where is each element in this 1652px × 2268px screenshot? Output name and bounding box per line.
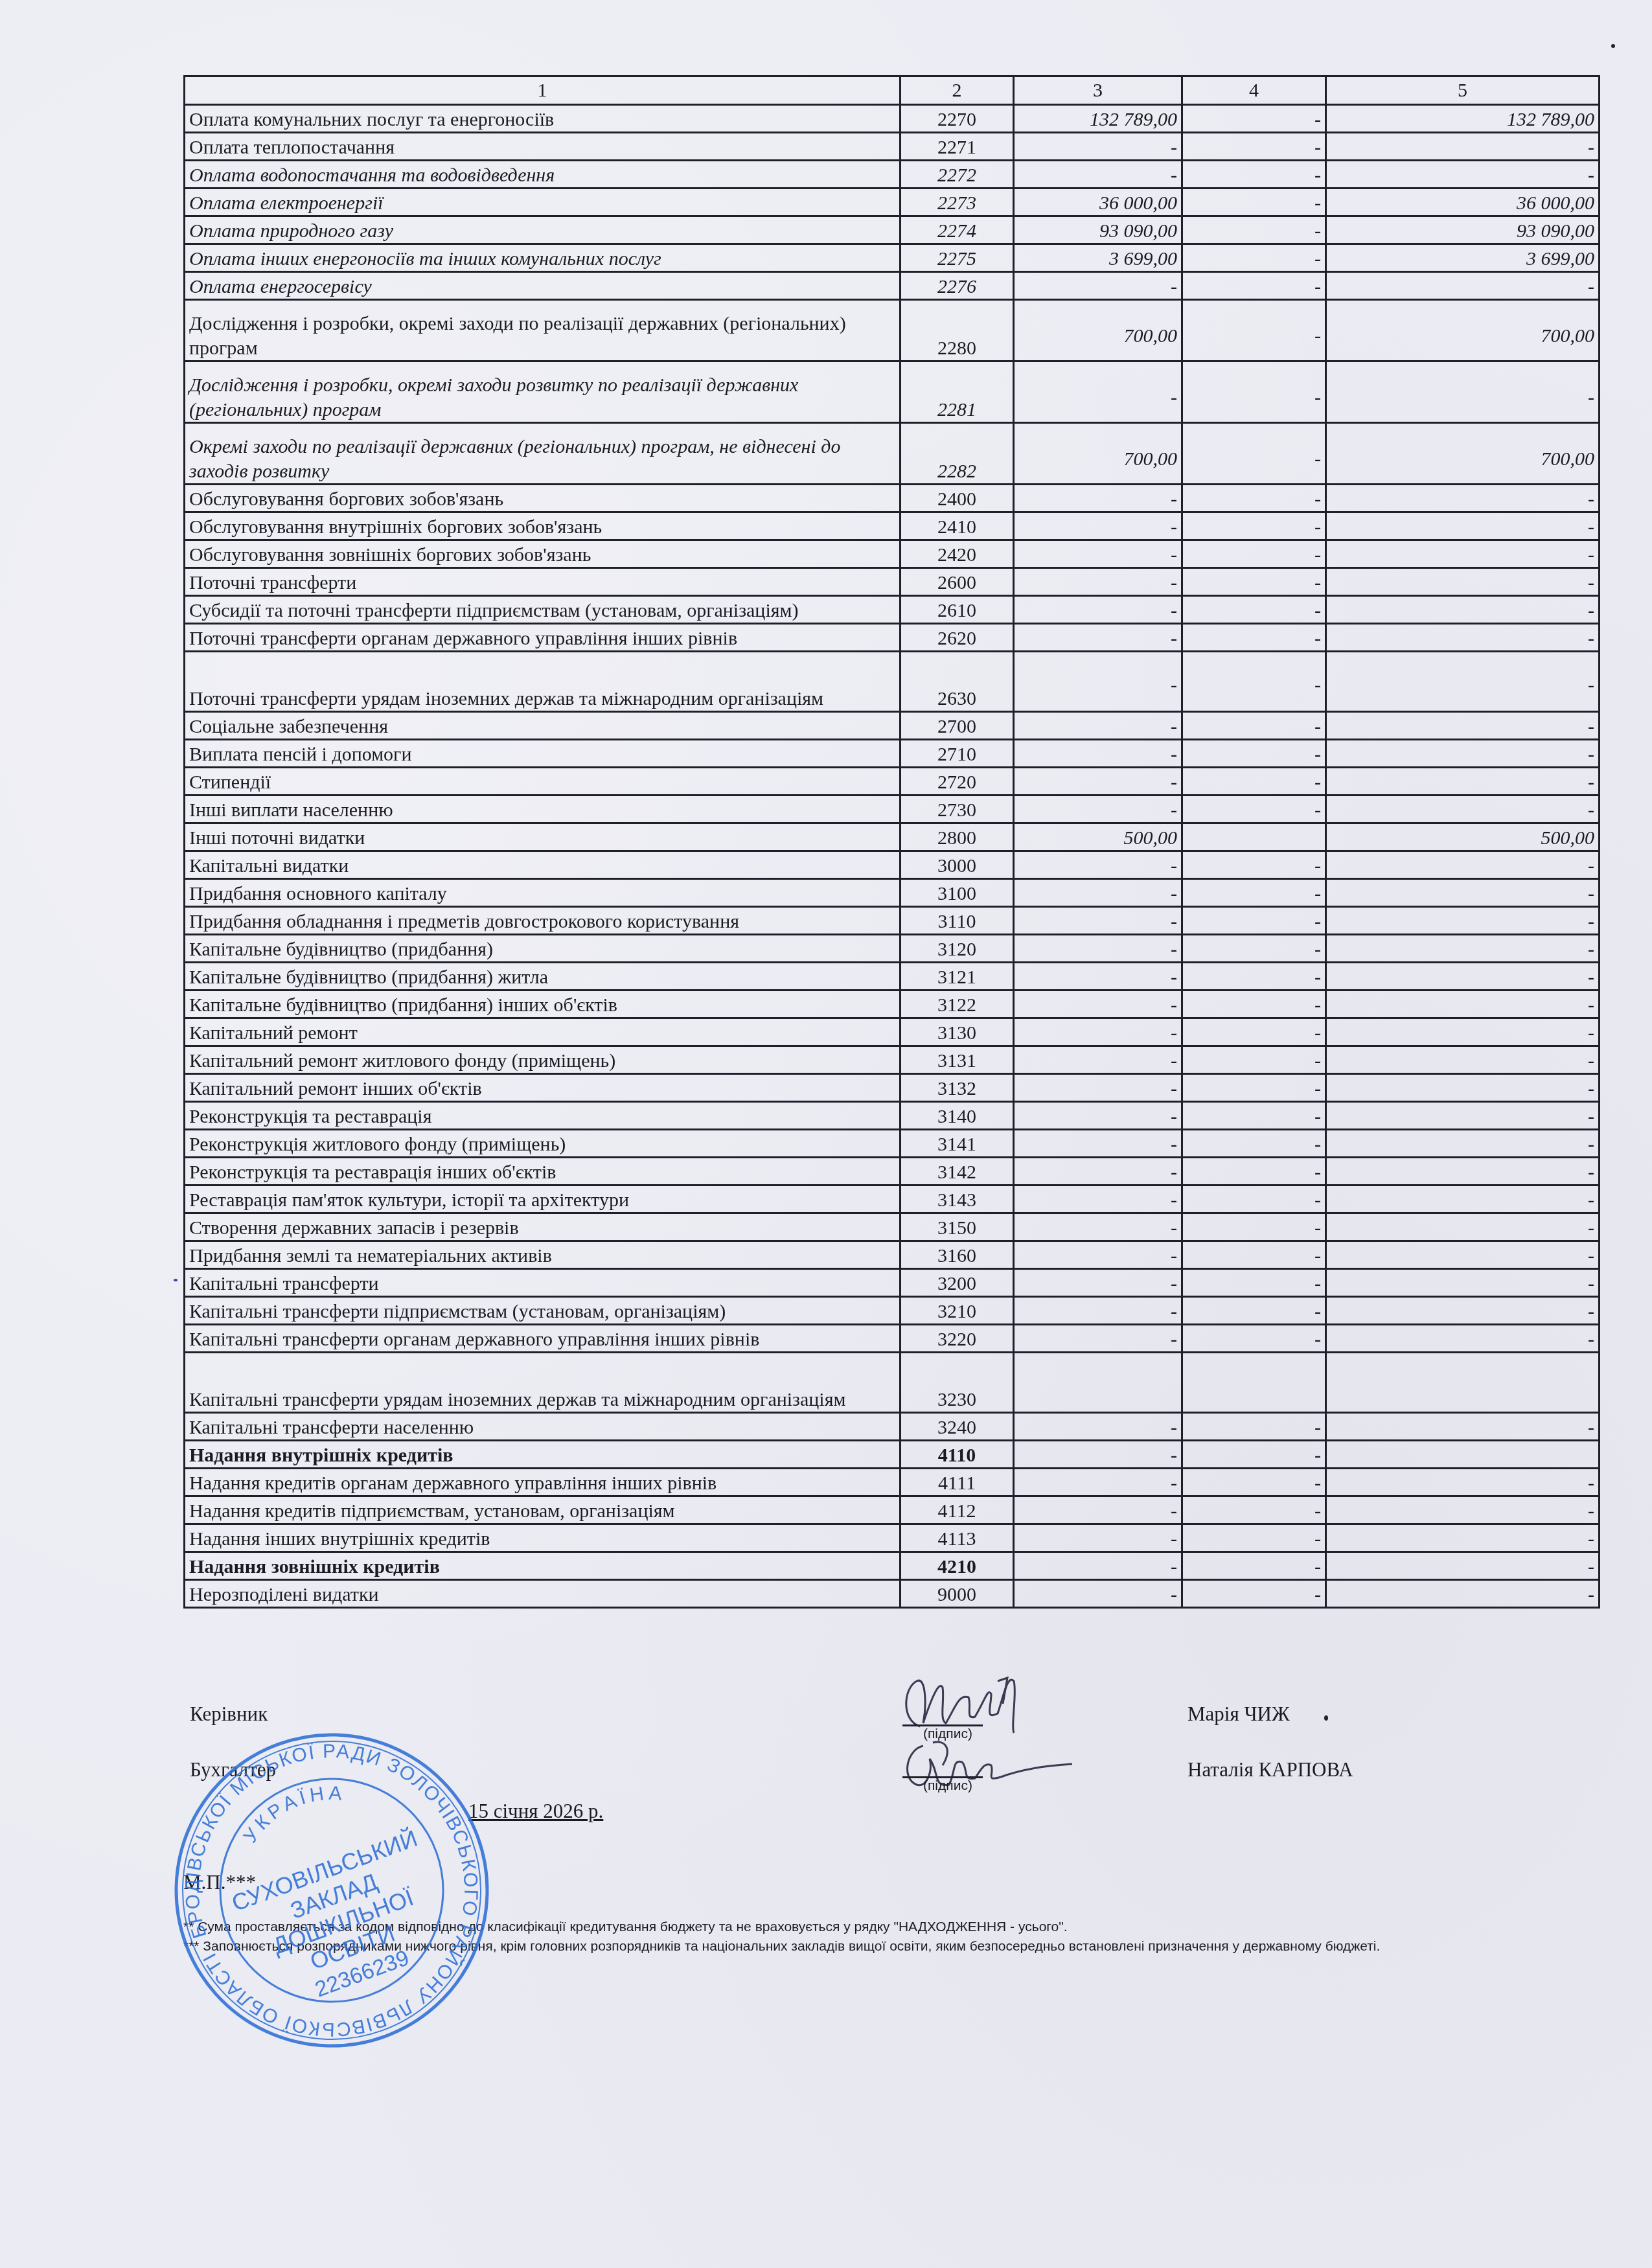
- row-total-amount: -: [1326, 1552, 1600, 1580]
- row-approved-amount: -: [1014, 796, 1182, 823]
- row-total-amount: -: [1326, 1580, 1600, 1608]
- row-code: 2600: [901, 568, 1014, 596]
- scan-speck: [174, 1279, 178, 1281]
- row-approved-amount: -: [1014, 361, 1182, 423]
- row-code: 2630: [901, 652, 1014, 712]
- row-change-amount: -: [1182, 568, 1326, 596]
- row-code: 2274: [901, 216, 1014, 244]
- row-total-amount: -: [1326, 935, 1600, 963]
- row-change-amount: -: [1182, 161, 1326, 189]
- row-name: Придбання основного капіталу: [185, 879, 901, 907]
- row-change-amount: -: [1182, 1552, 1326, 1580]
- table-row: Капітальні видатки3000---: [185, 851, 1600, 879]
- row-code: 3121: [901, 963, 1014, 991]
- row-code: 3230: [901, 1353, 1014, 1413]
- row-total-amount: -: [1326, 851, 1600, 879]
- row-name: Соціальне забезпечення: [185, 712, 901, 740]
- row-name: Надання інших внутрішніх кредитів: [185, 1524, 901, 1552]
- row-code: 3000: [901, 851, 1014, 879]
- row-total-amount: -: [1326, 796, 1600, 823]
- table-row: Субсидії та поточні трансферти підприємс…: [185, 596, 1600, 624]
- row-approved-amount: -: [1014, 624, 1182, 652]
- table-row: Капітальний ремонт інших об'єктів3132---: [185, 1074, 1600, 1102]
- column-header: 4: [1182, 76, 1326, 105]
- table-row: Стипендії2720---: [185, 768, 1600, 796]
- accountant-name: Наталія КАРПОВА: [1187, 1758, 1353, 1781]
- table-row: Реставрація пам'яток культури, історії т…: [185, 1186, 1600, 1213]
- row-approved-amount: 500,00: [1014, 823, 1182, 851]
- row-change-amount: -: [1182, 1269, 1326, 1297]
- row-change-amount: -: [1182, 1580, 1326, 1608]
- table-row: Оплата теплопостачання2271---: [185, 133, 1600, 161]
- row-total-amount: -: [1326, 652, 1600, 712]
- row-code: 4210: [901, 1552, 1014, 1580]
- row-code: 3210: [901, 1297, 1014, 1325]
- row-code: 3150: [901, 1213, 1014, 1241]
- row-approved-amount: 700,00: [1014, 423, 1182, 485]
- table-row: Поточні трансферти органам державного уп…: [185, 624, 1600, 652]
- row-name: Дослідження і розробки, окремі заходи по…: [185, 300, 901, 361]
- scan-speck: [1324, 1715, 1328, 1721]
- table-row: Капітальне будівництво (придбання) житла…: [185, 963, 1600, 991]
- table-row: Придбання основного капіталу3100---: [185, 879, 1600, 907]
- scan-speck: [1611, 44, 1615, 48]
- row-name: Обслуговування зовнішніх боргових зобов'…: [185, 540, 901, 568]
- table-row: Обслуговування зовнішніх боргових зобов'…: [185, 540, 1600, 568]
- table-row: Оплата природного газу227493 090,00-93 0…: [185, 216, 1600, 244]
- row-name: Реконструкція житлового фонду (приміщень…: [185, 1130, 901, 1158]
- row-name: Придбання обладнання і предметів довгост…: [185, 907, 901, 935]
- row-name: Обслуговування внутрішніх боргових зобов…: [185, 512, 901, 540]
- row-name: Капітальне будівництво (придбання): [185, 935, 901, 963]
- row-change-amount: -: [1182, 1102, 1326, 1130]
- row-code: 2270: [901, 105, 1014, 133]
- row-change-amount: -: [1182, 796, 1326, 823]
- row-name: Капітальний ремонт: [185, 1018, 901, 1046]
- row-name: Оплата комунальних послуг та енергоносії…: [185, 105, 901, 133]
- table-row: Дослідження і розробки, окремі заходи ро…: [185, 361, 1600, 423]
- row-change-amount: [1182, 1353, 1326, 1413]
- table-row: Окремі заходи по реалізації державних (р…: [185, 423, 1600, 485]
- row-change-amount: -: [1182, 1074, 1326, 1102]
- row-name: Оплата водопостачання та водовідведення: [185, 161, 901, 189]
- row-change-amount: -: [1182, 300, 1326, 361]
- row-name: Надання внутрішніх кредитів: [185, 1441, 901, 1469]
- row-code: 4111: [901, 1469, 1014, 1496]
- row-approved-amount: -: [1014, 963, 1182, 991]
- table-row: Надання зовнішніх кредитів4210---: [185, 1552, 1600, 1580]
- row-approved-amount: -: [1014, 712, 1182, 740]
- table-row: Капітальні трансферти3200---: [185, 1269, 1600, 1297]
- row-name: Обслуговування боргових зобов'язань: [185, 485, 901, 512]
- row-approved-amount: -: [1014, 1074, 1182, 1102]
- row-approved-amount: -: [1014, 1469, 1182, 1496]
- expenditure-table: 1 2 3 4 5 Оплата комунальних послуг та е…: [183, 75, 1600, 1609]
- row-total-amount: -: [1326, 907, 1600, 935]
- row-approved-amount: -: [1014, 1158, 1182, 1186]
- row-total-amount: -: [1326, 1158, 1600, 1186]
- row-name: Субсидії та поточні трансферти підприємс…: [185, 596, 901, 624]
- row-change-amount: -: [1182, 1158, 1326, 1186]
- row-approved-amount: -: [1014, 1241, 1182, 1269]
- row-name: Капітальний ремонт інших об'єктів: [185, 1074, 901, 1102]
- row-code: 2280: [901, 300, 1014, 361]
- row-total-amount: 500,00: [1326, 823, 1600, 851]
- row-approved-amount: -: [1014, 768, 1182, 796]
- row-change-amount: -: [1182, 1018, 1326, 1046]
- row-approved-amount: -: [1014, 935, 1182, 963]
- row-name: Надання кредитів органам державного упра…: [185, 1469, 901, 1496]
- row-name: Капітальні трансферти підприємствам (уст…: [185, 1297, 901, 1325]
- row-code: 3143: [901, 1186, 1014, 1213]
- row-code: 2271: [901, 133, 1014, 161]
- row-change-amount: -: [1182, 189, 1326, 216]
- row-name: Інші виплати населенню: [185, 796, 901, 823]
- row-change-amount: -: [1182, 963, 1326, 991]
- row-change-amount: -: [1182, 423, 1326, 485]
- table-row: Інші виплати населенню2730---: [185, 796, 1600, 823]
- row-approved-amount: -: [1014, 1186, 1182, 1213]
- row-change-amount: -: [1182, 1441, 1326, 1469]
- row-total-amount: -: [1326, 712, 1600, 740]
- row-approved-amount: -: [1014, 596, 1182, 624]
- row-code: 4113: [901, 1524, 1014, 1552]
- table-row: Капітальне будівництво (придбання) інших…: [185, 991, 1600, 1018]
- row-total-amount: -: [1326, 1496, 1600, 1524]
- row-total-amount: -: [1326, 740, 1600, 768]
- row-total-amount: -: [1326, 1130, 1600, 1158]
- table-row: Оплата електроенергії227336 000,00-36 00…: [185, 189, 1600, 216]
- table-row: Обслуговування внутрішніх боргових зобов…: [185, 512, 1600, 540]
- row-name: Реконструкція та реставрація інших об'єк…: [185, 1158, 901, 1186]
- row-code: 2420: [901, 540, 1014, 568]
- table-row: Придбання обладнання і предметів довгост…: [185, 907, 1600, 935]
- row-total-amount: -: [1326, 485, 1600, 512]
- row-code: 2400: [901, 485, 1014, 512]
- row-total-amount: 700,00: [1326, 300, 1600, 361]
- table-row: Капітальне будівництво (придбання)3120--…: [185, 935, 1600, 963]
- row-approved-amount: -: [1014, 740, 1182, 768]
- row-change-amount: -: [1182, 1524, 1326, 1552]
- row-code: 3141: [901, 1130, 1014, 1158]
- head-signature: [894, 1668, 1062, 1739]
- row-code: 2276: [901, 272, 1014, 300]
- row-name: Оплата інших енергоносіїв та інших комун…: [185, 244, 901, 272]
- row-total-amount: -: [1326, 596, 1600, 624]
- row-change-amount: -: [1182, 652, 1326, 712]
- row-total-amount: -: [1326, 624, 1600, 652]
- row-change-amount: -: [1182, 272, 1326, 300]
- row-total-amount: 700,00: [1326, 423, 1600, 485]
- row-approved-amount: -: [1014, 1441, 1182, 1469]
- row-name: Реставрація пам'яток культури, історії т…: [185, 1186, 901, 1213]
- row-total-amount: -: [1326, 1325, 1600, 1353]
- row-approved-amount: -: [1014, 1413, 1182, 1441]
- row-change-amount: -: [1182, 512, 1326, 540]
- table-row: Обслуговування боргових зобов'язань2400-…: [185, 485, 1600, 512]
- row-approved-amount: -: [1014, 1552, 1182, 1580]
- row-total-amount: 132 789,00: [1326, 105, 1600, 133]
- row-total-amount: -: [1326, 1213, 1600, 1241]
- table-row: Поточні трансферти2600---: [185, 568, 1600, 596]
- head-label: Керівник: [190, 1702, 268, 1726]
- row-code: 9000: [901, 1580, 1014, 1608]
- row-code: 2275: [901, 244, 1014, 272]
- row-approved-amount: 700,00: [1014, 300, 1182, 361]
- row-total-amount: -: [1326, 1241, 1600, 1269]
- row-name: Стипендії: [185, 768, 901, 796]
- row-approved-amount: -: [1014, 1046, 1182, 1074]
- table-row: Поточні трансферти урядам іноземних держ…: [185, 652, 1600, 712]
- row-name: Оплата електроенергії: [185, 189, 901, 216]
- row-code: 3131: [901, 1046, 1014, 1074]
- row-change-amount: -: [1182, 1241, 1326, 1269]
- row-change-amount: -: [1182, 540, 1326, 568]
- row-change-amount: -: [1182, 740, 1326, 768]
- row-approved-amount: [1014, 1353, 1182, 1413]
- row-total-amount: -: [1326, 1018, 1600, 1046]
- row-total-amount: -: [1326, 272, 1600, 300]
- row-name: Окремі заходи по реалізації державних (р…: [185, 423, 901, 485]
- table-row: Дослідження і розробки, окремі заходи по…: [185, 300, 1600, 361]
- row-total-amount: -: [1326, 991, 1600, 1018]
- row-approved-amount: -: [1014, 512, 1182, 540]
- accountant-signature-caption: (підпис): [923, 1778, 972, 1794]
- table-row: Реконструкція та реставрація3140---: [185, 1102, 1600, 1130]
- row-code: 2281: [901, 361, 1014, 423]
- row-code: 2710: [901, 740, 1014, 768]
- row-code: 3132: [901, 1074, 1014, 1102]
- row-total-amount: 3 699,00: [1326, 244, 1600, 272]
- row-code: 2720: [901, 768, 1014, 796]
- row-change-amount: -: [1182, 935, 1326, 963]
- row-code: 2282: [901, 423, 1014, 485]
- table-body: Оплата комунальних послуг та енергоносії…: [185, 105, 1600, 1608]
- row-name: Поточні трансферти органам державного уп…: [185, 624, 901, 652]
- row-name: Капітальне будівництво (придбання) житла: [185, 963, 901, 991]
- row-approved-amount: 36 000,00: [1014, 189, 1182, 216]
- table-row: Виплата пенсій і допомоги2710---: [185, 740, 1600, 768]
- row-total-amount: -: [1326, 133, 1600, 161]
- row-total-amount: -: [1326, 768, 1600, 796]
- row-approved-amount: -: [1014, 879, 1182, 907]
- row-code: 3220: [901, 1325, 1014, 1353]
- row-code: 3100: [901, 879, 1014, 907]
- row-name: Поточні трансферти: [185, 568, 901, 596]
- row-total-amount: 36 000,00: [1326, 189, 1600, 216]
- row-approved-amount: -: [1014, 485, 1182, 512]
- row-change-amount: -: [1182, 879, 1326, 907]
- row-total-amount: -: [1326, 963, 1600, 991]
- row-change-amount: -: [1182, 768, 1326, 796]
- row-total-amount: -: [1326, 568, 1600, 596]
- row-change-amount: -: [1182, 361, 1326, 423]
- row-code: 3120: [901, 935, 1014, 963]
- row-code: 3130: [901, 1018, 1014, 1046]
- column-number-header: 1 2 3 4 5: [185, 76, 1600, 105]
- row-change-amount: -: [1182, 991, 1326, 1018]
- column-header: 3: [1014, 76, 1182, 105]
- row-change-amount: -: [1182, 907, 1326, 935]
- row-change-amount: -: [1182, 1186, 1326, 1213]
- row-total-amount: -: [1326, 1524, 1600, 1552]
- row-total-amount: [1326, 1441, 1600, 1469]
- row-total-amount: -: [1326, 161, 1600, 189]
- row-name: Виплата пенсій і допомоги: [185, 740, 901, 768]
- table-row: Капітальні трансферти підприємствам (уст…: [185, 1297, 1600, 1325]
- row-change-amount: -: [1182, 485, 1326, 512]
- row-name: Капітальні трансферти органам державного…: [185, 1325, 901, 1353]
- table-row: Соціальне забезпечення2700---: [185, 712, 1600, 740]
- row-approved-amount: -: [1014, 540, 1182, 568]
- table-row: Оплата водопостачання та водовідведення2…: [185, 161, 1600, 189]
- row-total-amount: -: [1326, 540, 1600, 568]
- table-row: Надання кредитів підприємствам, установа…: [185, 1496, 1600, 1524]
- row-approved-amount: -: [1014, 652, 1182, 712]
- head-name: Марія ЧИЖ: [1187, 1702, 1290, 1726]
- row-total-amount: 93 090,00: [1326, 216, 1600, 244]
- row-name: Капітальні видатки: [185, 851, 901, 879]
- row-code: 3142: [901, 1158, 1014, 1186]
- table-row: Капітальний ремонт3130---: [185, 1018, 1600, 1046]
- table-row: Капітальний ремонт житлового фонду (прим…: [185, 1046, 1600, 1074]
- row-code: 4110: [901, 1441, 1014, 1469]
- row-approved-amount: -: [1014, 1297, 1182, 1325]
- row-name: Дослідження і розробки, окремі заходи ро…: [185, 361, 901, 423]
- row-approved-amount: 132 789,00: [1014, 105, 1182, 133]
- row-total-amount: -: [1326, 512, 1600, 540]
- row-change-amount: -: [1182, 1325, 1326, 1353]
- table-row: Оплата енергосервісу2276---: [185, 272, 1600, 300]
- row-code: 3122: [901, 991, 1014, 1018]
- accountant-signature: [888, 1733, 1082, 1798]
- column-header: 1: [185, 76, 901, 105]
- row-code: 2620: [901, 624, 1014, 652]
- table-row: Реконструкція житлового фонду (приміщень…: [185, 1130, 1600, 1158]
- row-name: Капітальне будівництво (придбання) інших…: [185, 991, 901, 1018]
- row-code: 4112: [901, 1496, 1014, 1524]
- row-approved-amount: -: [1014, 1213, 1182, 1241]
- row-change-amount: -: [1182, 216, 1326, 244]
- table-row: Капітальні трансферти органам державного…: [185, 1325, 1600, 1353]
- row-code: 2273: [901, 189, 1014, 216]
- table-row: Створення державних запасів і резервів31…: [185, 1213, 1600, 1241]
- table-row: Нерозподілені видатки9000---: [185, 1580, 1600, 1608]
- row-change-amount: [1182, 823, 1326, 851]
- row-total-amount: -: [1326, 361, 1600, 423]
- row-change-amount: -: [1182, 133, 1326, 161]
- table-row: Надання інших внутрішніх кредитів4113---: [185, 1524, 1600, 1552]
- row-code: 2272: [901, 161, 1014, 189]
- row-change-amount: -: [1182, 1046, 1326, 1074]
- row-approved-amount: -: [1014, 1130, 1182, 1158]
- table-row: Реконструкція та реставрація інших об'єк…: [185, 1158, 1600, 1186]
- row-name: Створення державних запасів і резервів: [185, 1213, 901, 1241]
- table-row: Оплата комунальних послуг та енергоносії…: [185, 105, 1600, 133]
- row-approved-amount: -: [1014, 1269, 1182, 1297]
- row-approved-amount: -: [1014, 133, 1182, 161]
- row-approved-amount: -: [1014, 1496, 1182, 1524]
- row-approved-amount: -: [1014, 1102, 1182, 1130]
- row-change-amount: -: [1182, 712, 1326, 740]
- row-approved-amount: -: [1014, 568, 1182, 596]
- row-code: 3110: [901, 907, 1014, 935]
- row-change-amount: -: [1182, 1469, 1326, 1496]
- row-name: Оплата енергосервісу: [185, 272, 901, 300]
- table-row: Капітальні трансферти населенню3240---: [185, 1413, 1600, 1441]
- row-change-amount: -: [1182, 851, 1326, 879]
- row-name: Капітальні трансферти: [185, 1269, 901, 1297]
- row-total-amount: -: [1326, 1186, 1600, 1213]
- row-total-amount: -: [1326, 1413, 1600, 1441]
- row-name: Надання кредитів підприємствам, установа…: [185, 1496, 901, 1524]
- row-approved-amount: -: [1014, 1524, 1182, 1552]
- row-approved-amount: -: [1014, 1018, 1182, 1046]
- row-total-amount: -: [1326, 1046, 1600, 1074]
- row-name: Придбання землі та нематеріальних активі…: [185, 1241, 901, 1269]
- row-name: Оплата природного газу: [185, 216, 901, 244]
- table-row: Оплата інших енергоносіїв та інших комун…: [185, 244, 1600, 272]
- table-row: Надання внутрішніх кредитів4110--: [185, 1441, 1600, 1469]
- table-row: Капітальні трансферти урядам іноземних д…: [185, 1353, 1600, 1413]
- row-approved-amount: -: [1014, 991, 1182, 1018]
- row-name: Нерозподілені видатки: [185, 1580, 901, 1608]
- row-change-amount: -: [1182, 244, 1326, 272]
- row-approved-amount: -: [1014, 161, 1182, 189]
- row-name: Надання зовнішніх кредитів: [185, 1552, 901, 1580]
- row-code: 2730: [901, 796, 1014, 823]
- table-row: Інші поточні видатки2800500,00500,00: [185, 823, 1600, 851]
- row-name: Капітальні трансферти урядам іноземних д…: [185, 1353, 901, 1413]
- row-change-amount: -: [1182, 105, 1326, 133]
- row-approved-amount: -: [1014, 907, 1182, 935]
- row-code: 3240: [901, 1413, 1014, 1441]
- row-code: 3160: [901, 1241, 1014, 1269]
- row-code: 2610: [901, 596, 1014, 624]
- row-code: 3140: [901, 1102, 1014, 1130]
- row-total-amount: -: [1326, 1102, 1600, 1130]
- row-change-amount: -: [1182, 624, 1326, 652]
- row-approved-amount: -: [1014, 1580, 1182, 1608]
- row-approved-amount: -: [1014, 851, 1182, 879]
- official-stamp: БРОДІВСЬКОЇ МІСЬКОЇ РАДИ ЗОЛОЧІВСЬКОГО Р…: [170, 1728, 494, 2052]
- row-total-amount: -: [1326, 1469, 1600, 1496]
- row-change-amount: -: [1182, 1413, 1326, 1441]
- column-header: 5: [1326, 76, 1600, 105]
- row-code: 2700: [901, 712, 1014, 740]
- row-change-amount: -: [1182, 1213, 1326, 1241]
- row-code: 2800: [901, 823, 1014, 851]
- table-row: Надання кредитів органам державного упра…: [185, 1469, 1600, 1496]
- row-name: Поточні трансферти урядам іноземних держ…: [185, 652, 901, 712]
- row-change-amount: -: [1182, 596, 1326, 624]
- row-name: Капітальний ремонт житлового фонду (прим…: [185, 1046, 901, 1074]
- row-code: 2410: [901, 512, 1014, 540]
- row-name: Інші поточні видатки: [185, 823, 901, 851]
- column-header: 2: [901, 76, 1014, 105]
- row-total-amount: -: [1326, 879, 1600, 907]
- row-total-amount: [1326, 1353, 1600, 1413]
- row-change-amount: -: [1182, 1297, 1326, 1325]
- row-name: Оплата теплопостачання: [185, 133, 901, 161]
- row-approved-amount: -: [1014, 1325, 1182, 1353]
- row-name: Капітальні трансферти населенню: [185, 1413, 901, 1441]
- row-total-amount: -: [1326, 1297, 1600, 1325]
- row-approved-amount: 93 090,00: [1014, 216, 1182, 244]
- row-name: Реконструкція та реставрація: [185, 1102, 901, 1130]
- row-code: 3200: [901, 1269, 1014, 1297]
- row-total-amount: -: [1326, 1074, 1600, 1102]
